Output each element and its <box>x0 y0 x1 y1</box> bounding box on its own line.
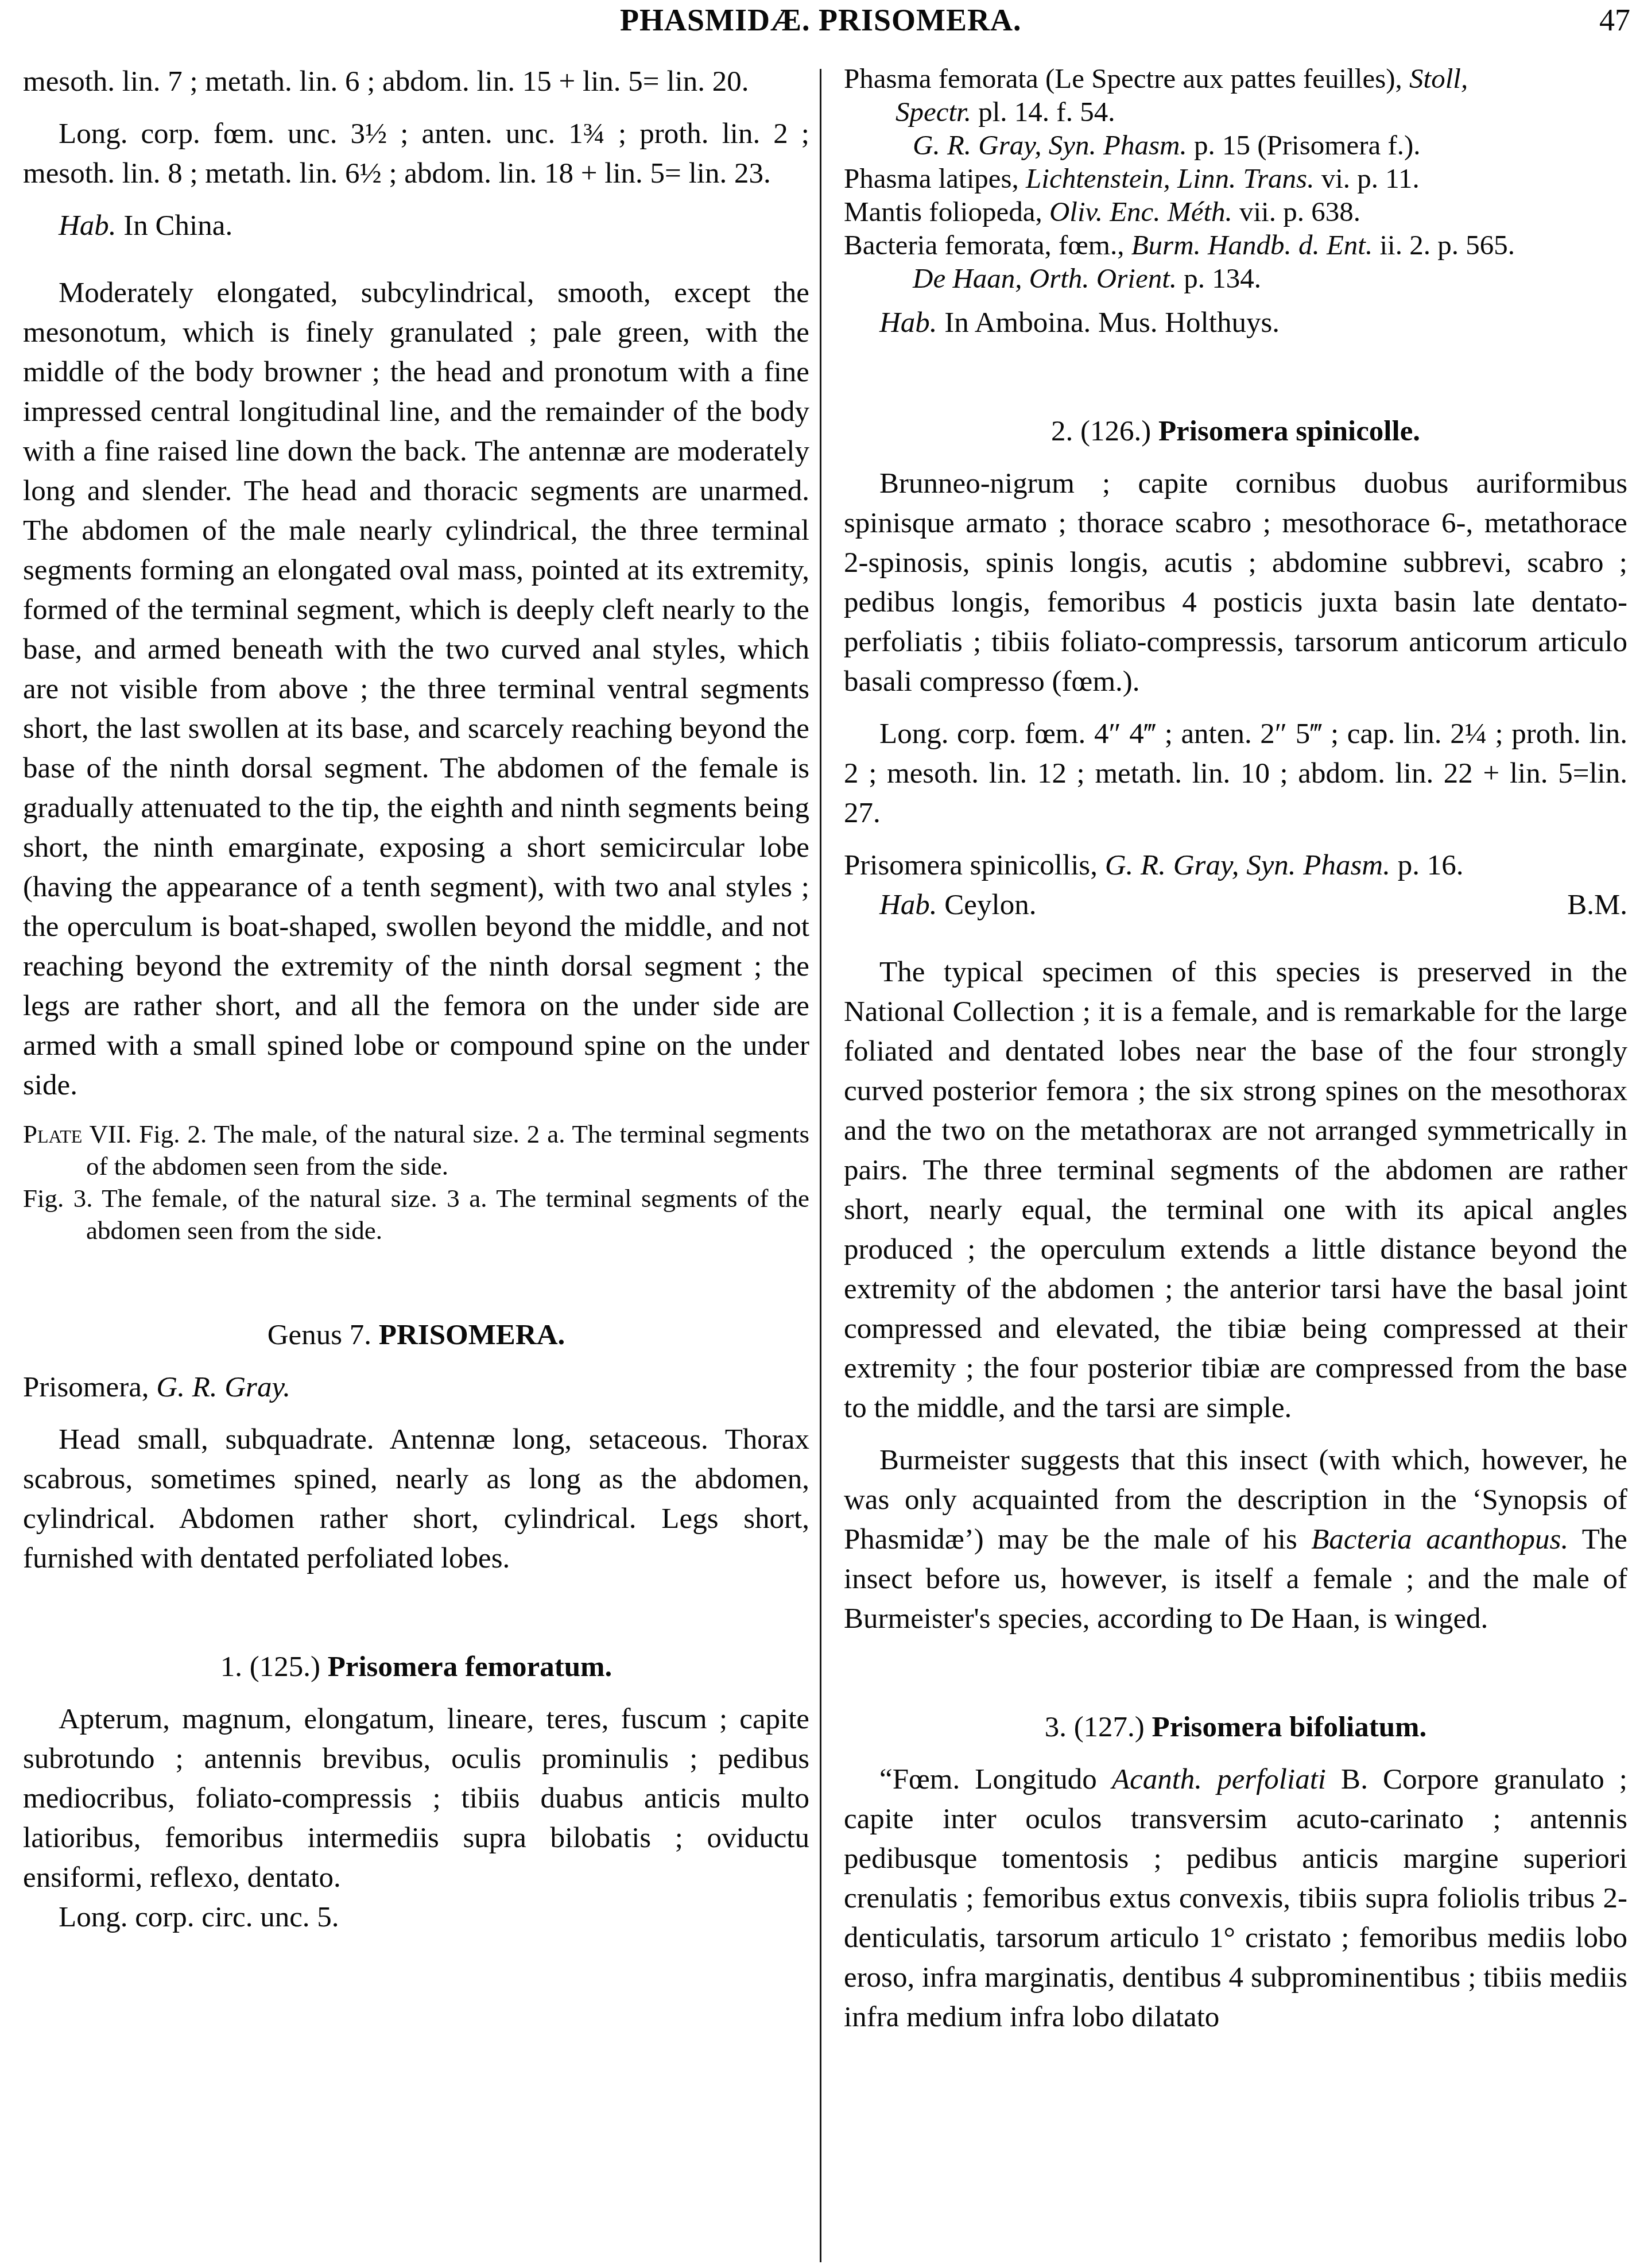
synonym-line: Phasma femorata (Le Spectre aux pattes f… <box>844 62 1627 95</box>
species-1-latin-diagnosis: Apterum, magnum, elongatum, lineare, ter… <box>23 1700 809 1898</box>
species-description: Moderately elongated, subcylindrical, sm… <box>23 273 809 1105</box>
species-2-heading: 2. (126.) Prisomera spinicolle. <box>844 412 1627 451</box>
page-number: 47 <box>1599 2 1630 38</box>
habitat-label: Hab. <box>879 889 937 921</box>
genus-heading-name: PRISOMERA. <box>379 1319 565 1351</box>
species-2-habitat: Hab. Ceylon. B.M. <box>844 885 1627 925</box>
species-2-synonym: Prisomera spinicollis, G. R. Gray, Syn. … <box>844 846 1627 885</box>
species-1-number: 1. (125.) <box>220 1651 328 1683</box>
right-column: Phasma femorata (Le Spectre aux pattes f… <box>844 62 1627 2037</box>
species-2-number: 2. (126.) <box>1051 415 1158 447</box>
plate-label: Plate VII. <box>23 1120 131 1148</box>
species-3-name: Prisomera bifoliatum. <box>1152 1711 1427 1743</box>
species-1-synonymy: Phasma femorata (Le Spectre aux pattes f… <box>844 62 1627 295</box>
species-2-burmeister-remarks: Burmeister suggests that this insect (wi… <box>844 1441 1627 1639</box>
plate-caption: Plate VII. Fig. 2. The male, of the natu… <box>23 1118 809 1247</box>
species-3-number: 3. (127.) <box>1045 1711 1152 1743</box>
synonym-line: Bacteria femorata, fœm., Burm. Handb. d.… <box>844 229 1627 262</box>
species-2-measurement: Long. corp. fœm. 4″ 4‴ ; anten. 2″ 5‴ ; … <box>844 714 1627 833</box>
genus-name: Prisomera, <box>23 1371 156 1403</box>
genus-author: G. R. Gray. <box>156 1371 290 1403</box>
habitat-line: Hab. In China. <box>23 206 809 246</box>
measurement-text-female: Long. corp. fœm. unc. 3½ ; anten. unc. 1… <box>23 114 809 193</box>
habitat-text: Ceylon. <box>937 889 1037 921</box>
species-1-heading: 1. (125.) Prisomera femoratum. <box>23 1647 809 1687</box>
habitat-label: Hab. <box>879 307 937 339</box>
genus-heading: Genus 7. PRISOMERA. <box>23 1315 809 1355</box>
synonym-line: Mantis foliopeda, Oliv. Enc. Méth. vii. … <box>844 195 1627 229</box>
running-head: PHASMIDÆ. PRISOMERA. 47 <box>0 2 1636 42</box>
genus-heading-prefix: Genus 7. <box>268 1319 379 1351</box>
species-1-habitat: Hab. In Amboina. Mus. Holthuys. <box>844 303 1627 343</box>
genus-author-line: Prisomera, G. R. Gray. <box>23 1368 809 1407</box>
column-divider <box>820 69 821 2262</box>
museum-code: B.M. <box>1567 885 1627 925</box>
species-2-remarks: The typical specimen of this species is … <box>844 953 1627 1428</box>
synonym-line: Spectr. pl. 14. f. 54. <box>844 95 1627 129</box>
habitat-text: In Amboina. Mus. Holthuys. <box>937 307 1280 339</box>
synonym-line: G. R. Gray, Syn. Phasm. p. 15 (Prisomera… <box>844 129 1627 162</box>
genus-description: Head small, subquadrate. Antennæ long, s… <box>23 1420 809 1578</box>
habitat-text: In China. <box>117 210 233 242</box>
species-1-measurement: Long. corp. circ. unc. 5. <box>23 1898 809 1937</box>
species-2-latin-diagnosis: Brunneo-nigrum ; capite cornibus duobus … <box>844 464 1627 702</box>
synonym-line: De Haan, Orth. Orient. p. 134. <box>844 262 1627 295</box>
left-column: mesoth. lin. 7 ; metath. lin. 6 ; abdom.… <box>23 62 809 1937</box>
measurement-text-male: mesoth. lin. 7 ; metath. lin. 6 ; abdom.… <box>23 62 809 102</box>
plate-fig2-caption: Fig. 2. The male, of the natural size. 2… <box>86 1120 809 1181</box>
species-3-latin-diagnosis: “Fœm. Longitudo Acanth. perfoliati B. Co… <box>844 1760 1627 2037</box>
species-1-name: Prisomera femoratum. <box>328 1651 612 1683</box>
synonym-line: Phasma latipes, Lichtenstein, Linn. Tran… <box>844 162 1627 195</box>
species-2-name: Prisomera spinicolle. <box>1158 415 1420 447</box>
species-3-heading: 3. (127.) Prisomera bifoliatum. <box>844 1708 1627 1747</box>
plate-fig3-caption: Fig. 3. The female, of the natural size.… <box>23 1182 809 1247</box>
habitat-label: Hab. <box>59 210 117 242</box>
running-head-title: PHASMIDÆ. PRISOMERA. <box>620 2 1022 38</box>
